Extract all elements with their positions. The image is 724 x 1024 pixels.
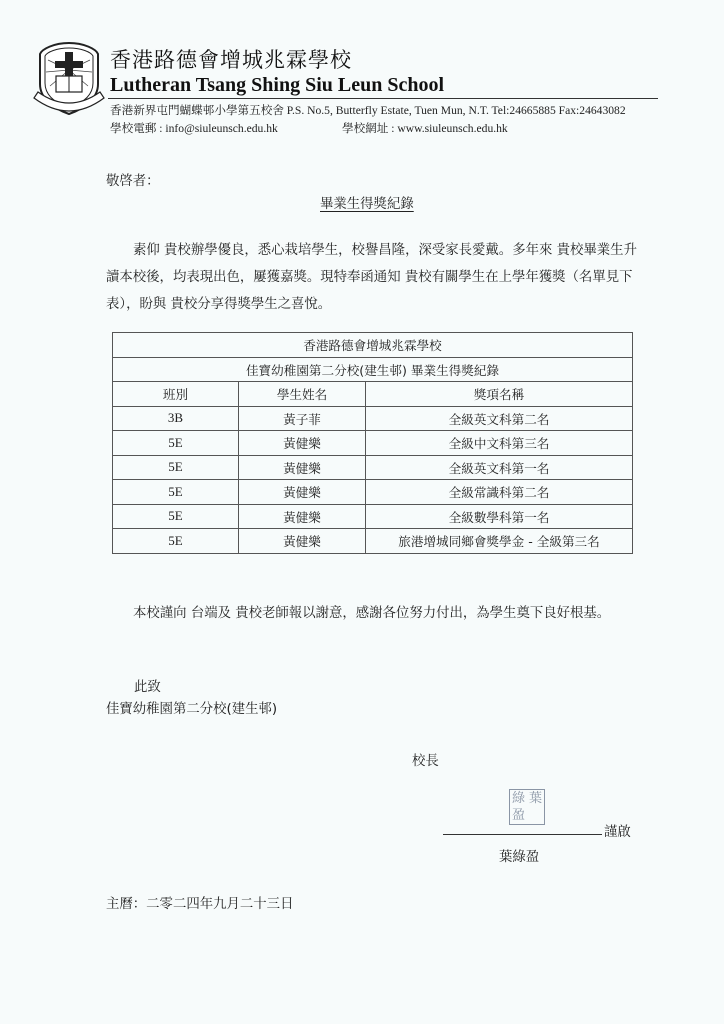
paragraph-2-text: 本校謹向 台端及 貴校老師報以謝意，感謝各位努力付出，為學生奠下良好根基。	[133, 606, 610, 621]
seal-char	[527, 808, 544, 825]
cell-student-name: 黃健樂	[239, 480, 366, 505]
principal-label: 校長	[412, 750, 439, 769]
table-row: 5E 黃健樂 全級中文科第三名	[113, 431, 633, 456]
school-crest-icon	[32, 40, 106, 122]
cell-award: 全級英文科第二名	[366, 406, 633, 431]
seal-char: 盈	[510, 808, 527, 825]
table-header-row: 班別 學生姓名 獎項名稱	[113, 382, 633, 407]
respectfully: 謹啟	[604, 821, 631, 840]
cell-award: 旅港增城同鄉會獎學金 - 全級第三名	[366, 529, 633, 554]
paragraph-2: 本校謹向 台端及 貴校老師報以謝意，感謝各位努力付出，為學生奠下良好根基。	[106, 600, 646, 627]
letter-date: 主曆：二零二四年九月二十三日	[106, 893, 293, 912]
signer-name: 葉綠盈	[499, 846, 539, 865]
school-name-en: Lutheran Tsang Shing Siu Leun School	[110, 74, 444, 97]
paragraph-1-text: 素仰 貴校辦學優良，悉心栽培學生，校譽昌隆，深受家長愛戴。多年來 貴校畢業生升讀…	[106, 243, 637, 312]
cell-class: 5E	[113, 504, 239, 529]
cell-award: 全級英文科第一名	[366, 455, 633, 480]
cell-student-name: 黃健樂	[239, 529, 366, 554]
recipient: 佳寶幼稚園第二分校(建生邨)	[106, 698, 277, 717]
closing-salutation: 此致	[134, 676, 161, 695]
table-row: 3B 黃子菲 全級英文科第二名	[113, 406, 633, 431]
letterhead-divider	[108, 98, 658, 99]
cell-class: 5E	[113, 529, 239, 554]
cell-class: 5E	[113, 480, 239, 505]
cell-award: 全級常識科第二名	[366, 480, 633, 505]
table-row: 5E 黃健樂 全級數學科第一名	[113, 504, 633, 529]
awards-table: 香港路德會增城兆霖學校 佳寶幼稚園第二分校(建生邨) 畢業生得獎紀錄 班別 學生…	[112, 332, 633, 554]
table-row: 5E 黃健樂 全級常識科第二名	[113, 480, 633, 505]
header-class: 班別	[113, 382, 239, 407]
letter-title: 畢業生得獎紀錄	[320, 193, 414, 212]
cell-award: 全級數學科第一名	[366, 504, 633, 529]
table-title-record: 佳寶幼稚園第二分校(建生邨) 畢業生得獎紀錄	[113, 357, 633, 382]
cell-student-name: 黃健樂	[239, 431, 366, 456]
seal-stamp-icon: 綠 葉 盈	[509, 789, 545, 825]
school-website: 學校網址 : www.siuleunsch.edu.hk	[342, 120, 508, 136]
seal-char: 葉	[527, 791, 544, 808]
table-title-school: 香港路德會增城兆霖學校	[113, 333, 633, 358]
cell-student-name: 黃健樂	[239, 455, 366, 480]
cell-class: 5E	[113, 431, 239, 456]
table-row: 5E 黃健樂 全級英文科第一名	[113, 455, 633, 480]
school-email: 學校電郵 : info@siuleunsch.edu.hk	[110, 120, 278, 136]
table-row: 5E 黃健樂 旅港增城同鄉會獎學金 - 全級第三名	[113, 529, 633, 554]
cell-student-name: 黃健樂	[239, 504, 366, 529]
signature-line	[443, 834, 602, 835]
seal-char: 綠	[510, 791, 527, 808]
cell-award: 全級中文科第三名	[366, 431, 633, 456]
cell-class: 5E	[113, 455, 239, 480]
school-name-zh: 香港路德會增城兆霖學校	[110, 44, 352, 74]
paragraph-1: 素仰 貴校辦學優良，悉心栽培學生，校譽昌隆，深受家長愛戴。多年來 貴校畢業生升讀…	[106, 237, 646, 318]
cell-student-name: 黃子菲	[239, 406, 366, 431]
header-student-name: 學生姓名	[239, 382, 366, 407]
header-award: 獎項名稱	[366, 382, 633, 407]
cell-class: 3B	[113, 406, 239, 431]
greeting: 敬啓者：	[106, 170, 160, 189]
school-address: 香港新界屯門蝴蝶邨小學第五校舍 P.S. No.5, Butterfly Est…	[110, 102, 626, 118]
